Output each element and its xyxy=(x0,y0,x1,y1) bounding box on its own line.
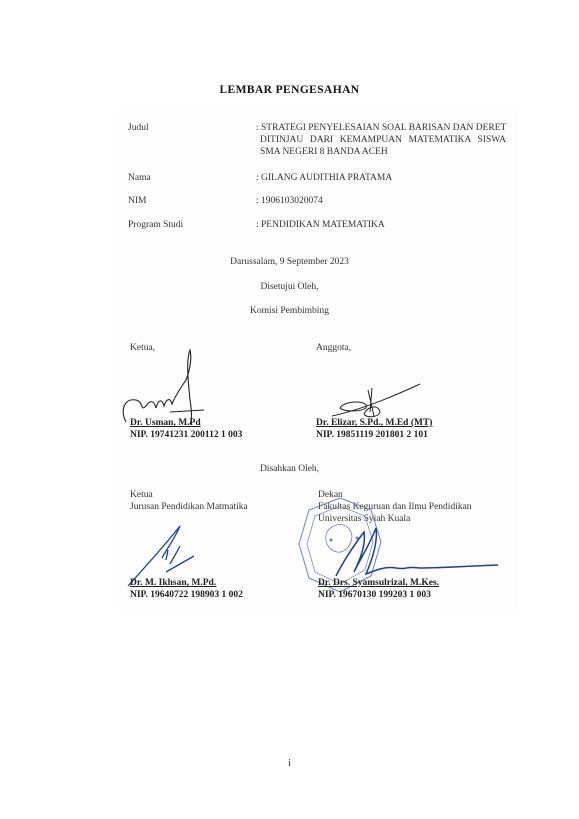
supervisor-name-elizar: Dr. Elizar, S.Pd., M.Ed (MT) xyxy=(316,418,432,428)
field-label-program-studi: Program Studi xyxy=(128,220,183,230)
page-number: i xyxy=(0,758,579,769)
ratifier-name-ikhsan: Dr. M. Ikhsan, M.Pd. xyxy=(130,578,216,588)
ratifier-role-line1-ketua: Ketua xyxy=(130,490,153,500)
field-label-judul: Judul xyxy=(128,123,149,133)
supervisor-nip-usman: NIP. 19741231 200112 1 003 xyxy=(130,430,242,440)
field-value-program-studi: : PENDIDIKAN MATEMATIKA xyxy=(256,220,385,230)
supervisor-role-anggota: Anggota, xyxy=(316,343,351,353)
field-value-judul-line2: DITINJAU DARI KEMAMPUAN MATEMATIKA SISWA xyxy=(260,135,506,145)
ratifier-name-syamsulrizal: Dr. Drs. Syamsulrizal, M.Kes. xyxy=(318,578,439,588)
supervisor-name-usman: Dr. Usman, M.Pd xyxy=(130,418,201,428)
field-value-nama: : GILANG AUDITHIA PRATAMA xyxy=(256,173,392,183)
ratifier-nip-ikhsan: NIP. 19640722 198903 1 002 xyxy=(130,590,243,600)
field-value-judul-line3: SMA NEGERI 8 BANDA ACEH xyxy=(260,147,388,157)
ratifier-role-line2-jurusan: Jurusan Pendidikan Matmatika xyxy=(130,502,248,512)
signature-syamsulrizal xyxy=(330,520,500,580)
field-value-judul-line1: : STRATEGI PENYELESAIAN SOAL BARISAN DAN… xyxy=(256,123,506,133)
approved-by: Disetujui Oleh, xyxy=(0,282,579,292)
field-value-nim: : 1906103020074 xyxy=(256,196,323,206)
ratified-by: Disahkan Oleh, xyxy=(0,464,579,474)
field-label-nama: Nama xyxy=(128,173,151,183)
page-title: LEMBAR PENGESAHAN xyxy=(0,84,579,96)
signature-usman xyxy=(120,350,220,425)
place-date: Darussalam, 9 September 2023 xyxy=(0,257,579,267)
committee: Komisi Pembimbing xyxy=(0,306,579,316)
field-label-nim: NIM xyxy=(128,196,146,206)
document-page: LEMBAR PENGESAHAN Judul : STRATEGI PENYE… xyxy=(0,0,579,819)
signature-elizar xyxy=(330,382,440,422)
ratifier-nip-syamsulrizal: NIP. 19670130 199203 1 003 xyxy=(318,590,431,600)
supervisor-nip-elizar: NIP. 19851119 201801 2 101 xyxy=(316,430,428,440)
